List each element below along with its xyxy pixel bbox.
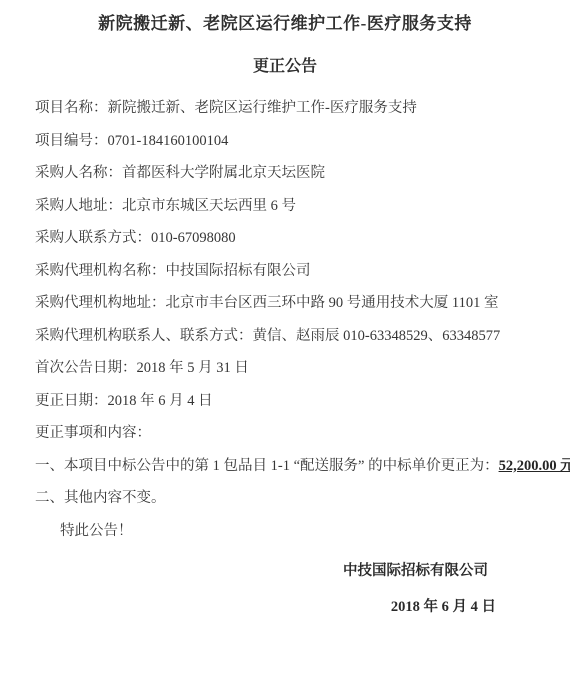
field-value: 北京市东城区天坛西里 6 号 xyxy=(122,198,296,214)
field-label: 更正事项和内容： xyxy=(35,425,151,441)
closing-statement: 特此公告！ xyxy=(35,524,536,539)
field-first-announcement-date: 首次公告日期：2018 年 5 月 31 日 xyxy=(35,361,536,376)
document-body: 项目名称：新院搬迁新、老院区运行维护工作-医疗服务支持 项目编号：0701-18… xyxy=(35,101,536,615)
corrected-price-value: 52,200.00 元 /人/年 xyxy=(499,458,570,474)
field-label: 采购代理机构名称： xyxy=(35,263,166,279)
signature-date: 2018 年 6 月 4 日 xyxy=(35,600,496,615)
correction-item-1-text: 一、本项目中标公告中的第 1 包品目 1-1 “配送服务” 的中标单价更正为： xyxy=(35,458,499,474)
field-project-name: 项目名称：新院搬迁新、老院区运行维护工作-医疗服务支持 xyxy=(35,101,536,116)
document-title: 新院搬迁新、老院区运行维护工作-医疗服务支持 xyxy=(0,0,570,34)
correction-content-heading: 更正事项和内容： xyxy=(35,426,536,441)
field-label: 项目编号： xyxy=(35,133,108,149)
announcement-document: 新院搬迁新、老院区运行维护工作-医疗服务支持 更正公告 项目名称：新院搬迁新、老… xyxy=(0,0,570,700)
field-agency-name: 采购代理机构名称：中技国际招标有限公司 xyxy=(35,264,536,279)
field-label: 采购代理机构联系人、联系方式： xyxy=(35,328,253,344)
document-subtitle: 更正公告 xyxy=(0,58,570,76)
field-label: 首次公告日期： xyxy=(35,360,137,376)
field-value: 北京市丰台区西三环中路 90 号通用技术大厦 1101 室 xyxy=(166,295,499,311)
field-value: 010-67098080 xyxy=(151,230,236,246)
field-correction-date: 更正日期：2018 年 6 月 4 日 xyxy=(35,394,536,409)
field-agency-address: 采购代理机构地址：北京市丰台区西三环中路 90 号通用技术大厦 1101 室 xyxy=(35,296,536,311)
field-label: 项目名称： xyxy=(35,100,108,116)
field-label: 采购人地址： xyxy=(35,198,122,214)
field-value: 中技国际招标有限公司 xyxy=(166,263,311,279)
field-value: 首都医科大学附属北京天坛医院 xyxy=(122,165,325,181)
correction-item-2: 二、其他内容不变。 xyxy=(35,491,536,506)
field-value: 2018 年 6 月 4 日 xyxy=(108,393,213,409)
field-label: 采购人联系方式： xyxy=(35,230,151,246)
signature-company: 中技国际招标有限公司 xyxy=(35,564,488,579)
correction-item-1: 一、本项目中标公告中的第 1 包品目 1-1 “配送服务” 的中标单价更正为：5… xyxy=(35,459,536,474)
field-value: 0701-184160100104 xyxy=(108,133,229,149)
field-value: 黄信、赵雨辰 010-63348529、63348577 xyxy=(253,328,501,344)
field-project-number: 项目编号：0701-184160100104 xyxy=(35,134,536,149)
field-label: 更正日期： xyxy=(35,393,108,409)
signature-block: 中技国际招标有限公司 2018 年 6 月 4 日 xyxy=(35,564,536,615)
field-purchaser-address: 采购人地址：北京市东城区天坛西里 6 号 xyxy=(35,199,536,214)
field-value: 2018 年 5 月 31 日 xyxy=(137,360,249,376)
field-purchaser-name: 采购人名称：首都医科大学附属北京天坛医院 xyxy=(35,166,536,181)
field-label: 采购代理机构地址： xyxy=(35,295,166,311)
field-purchaser-contact: 采购人联系方式：010-67098080 xyxy=(35,231,536,246)
field-agency-contact: 采购代理机构联系人、联系方式：黄信、赵雨辰 010-63348529、63348… xyxy=(35,329,536,344)
field-value: 新院搬迁新、老院区运行维护工作-医疗服务支持 xyxy=(108,100,417,116)
field-label: 采购人名称： xyxy=(35,165,122,181)
